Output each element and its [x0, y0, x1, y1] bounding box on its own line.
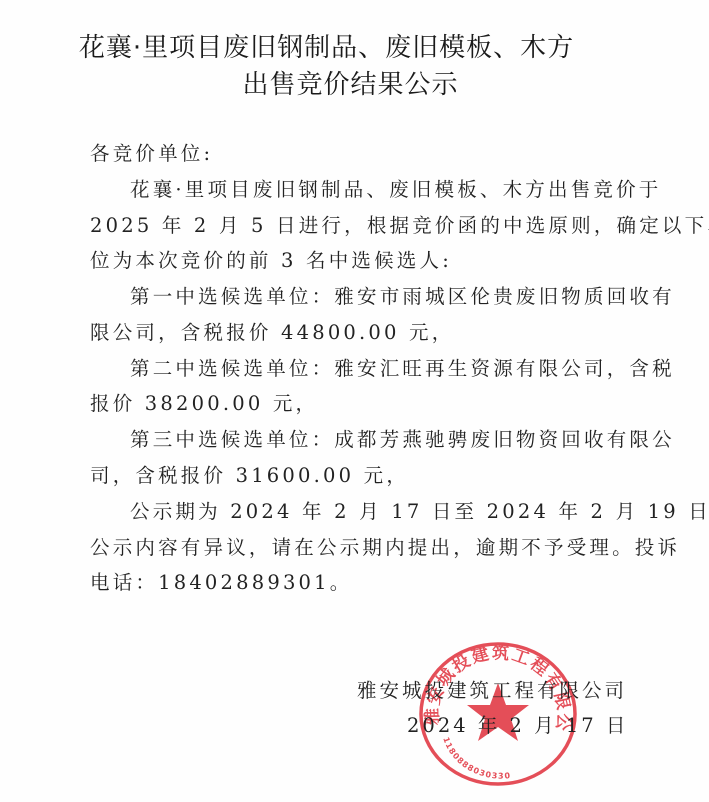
seal-code: 1180888030330 — [441, 736, 511, 781]
third-candidate-line-2: 司，含税报价 31600.00 元， — [90, 464, 409, 488]
second-candidate-line-2: 报价 38200.00 元， — [90, 392, 318, 416]
second-candidate-line-1: 第二中选候选单位：雅安汇旺再生资源有限公司，含税 — [130, 357, 675, 381]
third-candidate-line-1: 第三中选候选单位：成都芳燕驰骋废旧物资回收有限公 — [130, 428, 675, 452]
document-title-line-2: 出售竞价结果公示 — [0, 64, 705, 101]
salutation: 各竞价单位: — [90, 142, 213, 166]
signature-company: 雅安城投建筑工程有限公司 — [357, 675, 627, 703]
first-candidate-line-2: 限公司，含税报价 44800.00 元， — [90, 321, 454, 345]
document-title-line-1: 花襄·里项目废旧钢制品、废旧模板、木方 — [0, 27, 681, 64]
notice-period-line-2: 公示内容有异议，请在公示期内提出，逾期不予受理。投诉 — [90, 536, 680, 560]
intro-paragraph-line-2: 2025 年 2 月 5 日进行，根据竞价函的中选原则，确定以下单 — [90, 214, 709, 238]
signature-date: 2024 年 2 月 17 日 — [407, 710, 628, 738]
first-candidate-line-1: 第一中选候选单位：雅安市雨城区伦贵废旧物质回收有 — [130, 285, 675, 309]
intro-paragraph-line-3: 位为本次竞价的前 3 名中选候选人: — [90, 249, 452, 273]
notice-period-line-1: 公示期为 2024 年 2 月 17 日至 2024 年 2 月 19 日，如对 — [130, 500, 709, 524]
document-page: 花襄·里项目废旧钢制品、废旧模板、木方 出售竞价结果公示 各竞价单位: 花襄·里… — [0, 0, 709, 802]
complaint-phone-line: 电话：18402889301。 — [90, 571, 352, 595]
svg-text:1180888030330: 1180888030330 — [441, 736, 511, 781]
intro-paragraph-line-1: 花襄·里项目废旧钢制品、废旧模板、木方出售竞价于 — [130, 178, 662, 202]
